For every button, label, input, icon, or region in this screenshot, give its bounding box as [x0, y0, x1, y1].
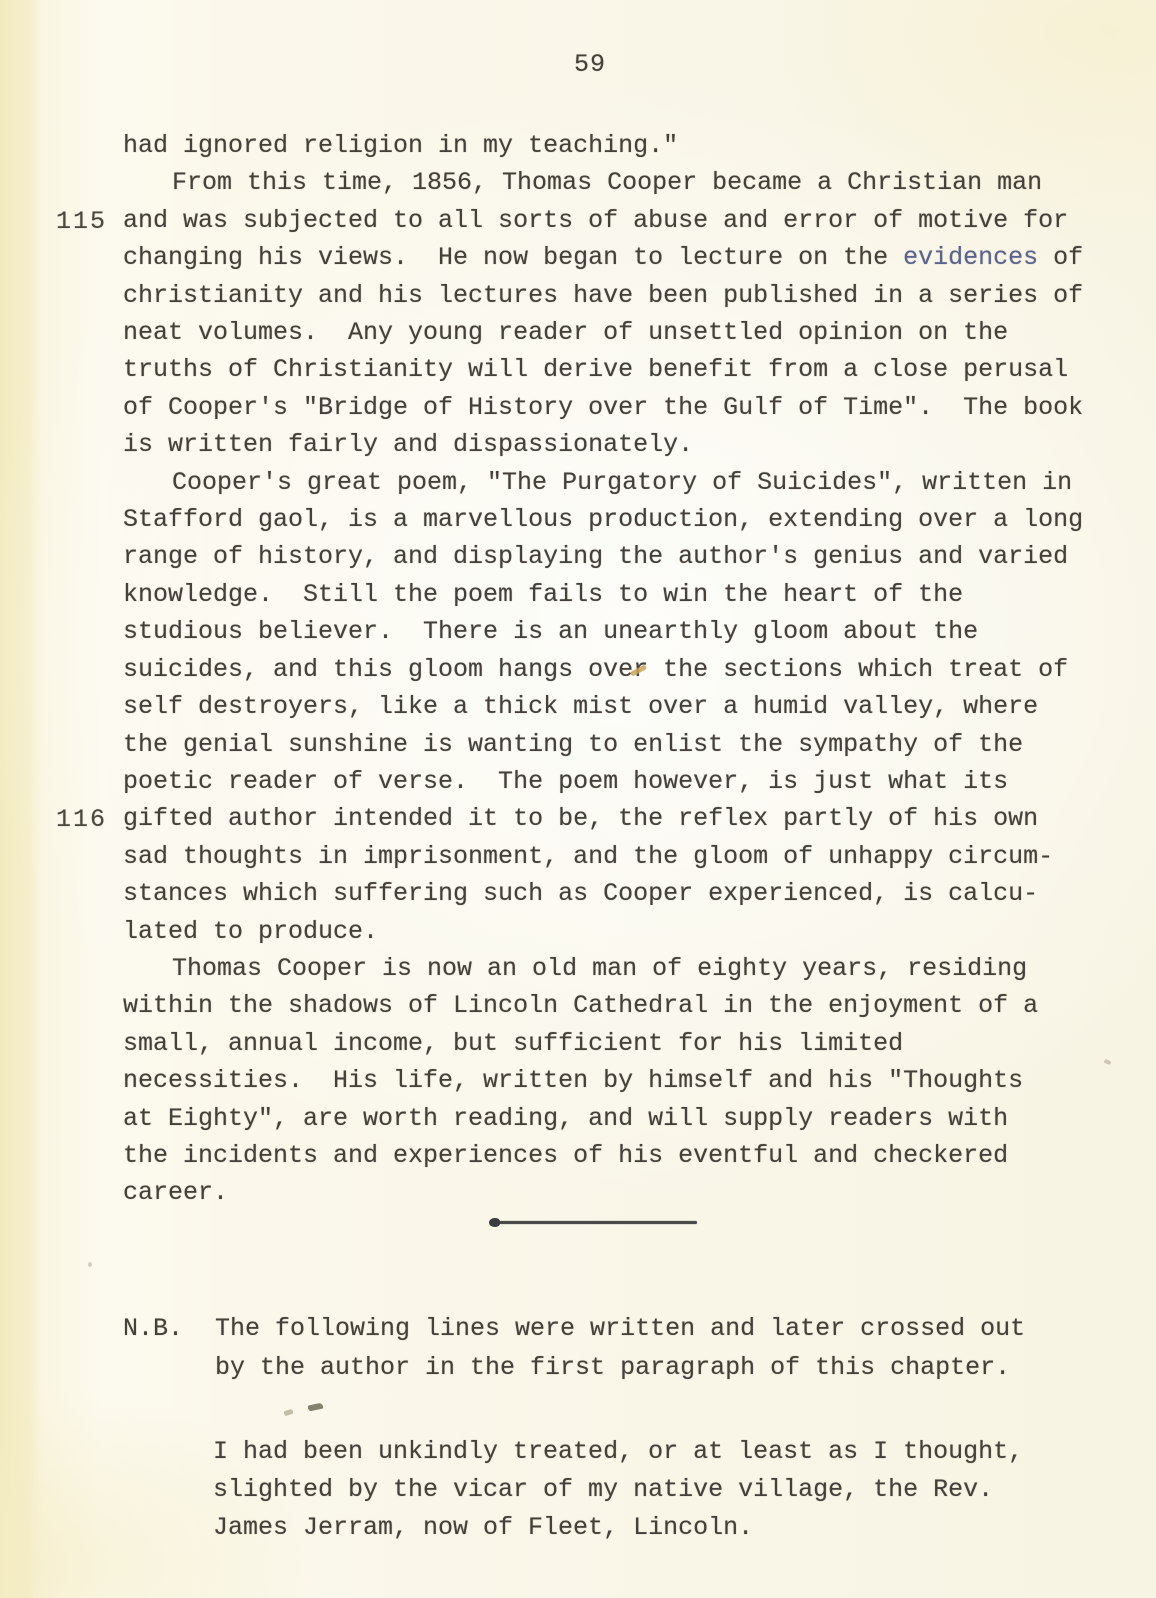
nb-lines: The following lines were written and lat… — [215, 1310, 1025, 1387]
typescript-line: career. — [123, 1174, 1083, 1211]
line-text: From this time, 1856, Thomas Cooper beca… — [172, 168, 1042, 197]
quote-line: I had been unkindly treated, or at least… — [213, 1433, 1023, 1471]
typescript-line: of Cooper's "Bridge of History over the … — [123, 389, 1083, 426]
line-text: gifted author intended it to be, the ref… — [123, 804, 1038, 833]
typescript-line: sad thoughts in imprisonment, and the gl… — [123, 838, 1083, 875]
typescript-line: 115and was subjected to all sorts of abu… — [123, 202, 1083, 239]
line-text: the incidents and experiences of his eve… — [123, 1141, 1008, 1170]
nb-note: N.B. The following lines were written an… — [123, 1310, 1025, 1387]
line-text: within the shadows of Lincoln Cathedral … — [123, 991, 1038, 1020]
line-text: I had been unkindly treated, or at least… — [213, 1437, 1023, 1466]
typescript-line: christianity and his lectures have been … — [123, 277, 1083, 314]
typescript-line: 116gifted author intended it to be, the … — [123, 800, 1083, 837]
nb-line: The following lines were written and lat… — [215, 1310, 1025, 1349]
typescript-line: Thomas Cooper is now an old man of eight… — [123, 950, 1083, 987]
ink-speck — [88, 1262, 92, 1267]
line-text: career. — [123, 1178, 228, 1207]
line-text: knowledge. Still the poem fails to win t… — [123, 580, 963, 609]
typescript-line: the genial sunshine is wanting to enlist… — [123, 726, 1083, 763]
nb-line: by the author in the first paragraph of … — [215, 1349, 1025, 1388]
line-text: is written fairly and dispassionately. — [123, 430, 693, 459]
typescript-line: is written fairly and dispassionately. — [123, 426, 1083, 463]
line-text: Stafford gaol, is a marvellous productio… — [123, 505, 1083, 534]
section-divider — [492, 1221, 697, 1224]
pencil-mark — [283, 1409, 293, 1417]
line-text: of Cooper's "Bridge of History over the … — [123, 393, 1083, 422]
line-text: and was subjected to all sorts of abuse … — [123, 206, 1068, 235]
typescript-line: knowledge. Still the poem fails to win t… — [123, 576, 1083, 613]
typescript-line: studious believer. There is an unearthly… — [123, 613, 1083, 650]
typescript-line: range of history, and displaying the aut… — [123, 538, 1083, 575]
line-text: range of history, and displaying the aut… — [123, 542, 1068, 571]
line-text: truths of Christianity will derive benef… — [123, 355, 1068, 384]
margin-page-number: 115 — [56, 203, 107, 240]
line-text: sad thoughts in imprisonment, and the gl… — [123, 842, 1053, 871]
line-text: christianity and his lectures have been … — [123, 281, 1083, 310]
typescript-line: stances which suffering such as Cooper e… — [123, 875, 1083, 912]
line-text: changing his views. He now began to lect… — [123, 243, 903, 272]
line-text: stances which suffering such as Cooper e… — [123, 879, 1038, 908]
ink-speck — [1104, 1059, 1112, 1065]
typescript-line: within the shadows of Lincoln Cathedral … — [123, 987, 1083, 1024]
typescript-page: 59 had ignored religion in my teaching."… — [0, 0, 1156, 1598]
line-text: slighted by the vicar of my native villa… — [213, 1475, 993, 1504]
typescript-line: at Eighty", are worth reading, and will … — [123, 1100, 1083, 1137]
line-text: Thomas Cooper is now an old man of eight… — [172, 954, 1027, 983]
line-text: lated to produce. — [123, 917, 378, 946]
blue-ink-word: evidences — [903, 243, 1038, 272]
nb-label: N.B. — [123, 1310, 215, 1387]
typescript-line: changing his views. He now began to lect… — [123, 239, 1083, 276]
typescript-line: self destroyers, like a thick mist over … — [123, 688, 1083, 725]
crossed-out-quote: I had been unkindly treated, or at least… — [213, 1433, 1023, 1546]
typescript-line: had ignored religion in my teaching." — [123, 127, 1083, 164]
margin-page-number: 116 — [56, 801, 107, 838]
line-text: small, annual income, but sufficient for… — [123, 1029, 903, 1058]
line-text: by the author in the first paragraph of … — [215, 1353, 1010, 1382]
page-number: 59 — [0, 50, 1156, 79]
line-text: at Eighty", are worth reading, and will … — [123, 1104, 1008, 1133]
typescript-line: small, annual income, but sufficient for… — [123, 1025, 1083, 1062]
line-text: self destroyers, like a thick mist over … — [123, 692, 1038, 721]
line-text: poetic reader of verse. The poem however… — [123, 767, 1008, 796]
typescript-line: lated to produce. — [123, 913, 1083, 950]
line-text: Cooper's great poem, "The Purgatory of S… — [172, 468, 1072, 497]
line-text: the genial sunshine is wanting to enlist… — [123, 730, 1023, 759]
typescript-line: suicides, and this gloom hangs over the … — [123, 651, 1083, 688]
divider-end-blob — [489, 1218, 500, 1227]
pencil-mark — [308, 1403, 324, 1412]
line-text: suicides, and this gloom hangs over the … — [123, 655, 1068, 684]
line-text: necessities. His life, written by himsel… — [123, 1066, 1023, 1095]
typescript-line: necessities. His life, written by himsel… — [123, 1062, 1083, 1099]
quote-line: James Jerram, now of Fleet, Lincoln. — [213, 1509, 1023, 1547]
typescript-line: truths of Christianity will derive benef… — [123, 351, 1083, 388]
line-text: studious believer. There is an unearthly… — [123, 617, 978, 646]
quote-line: slighted by the vicar of my native villa… — [213, 1471, 1023, 1509]
typescript-body: had ignored religion in my teaching."Fro… — [123, 127, 1083, 1212]
typescript-line: From this time, 1856, Thomas Cooper beca… — [123, 164, 1083, 201]
line-text: The following lines were written and lat… — [215, 1314, 1025, 1343]
line-text: neat volumes. Any young reader of unsett… — [123, 318, 1008, 347]
typescript-line: neat volumes. Any young reader of unsett… — [123, 314, 1083, 351]
line-text: had ignored religion in my teaching." — [123, 131, 678, 160]
typescript-line: Cooper's great poem, "The Purgatory of S… — [123, 464, 1083, 501]
typescript-line: Stafford gaol, is a marvellous productio… — [123, 501, 1083, 538]
typescript-line: poetic reader of verse. The poem however… — [123, 763, 1083, 800]
line-text: of — [1038, 243, 1083, 272]
line-text: James Jerram, now of Fleet, Lincoln. — [213, 1513, 753, 1542]
typescript-line: the incidents and experiences of his eve… — [123, 1137, 1083, 1174]
